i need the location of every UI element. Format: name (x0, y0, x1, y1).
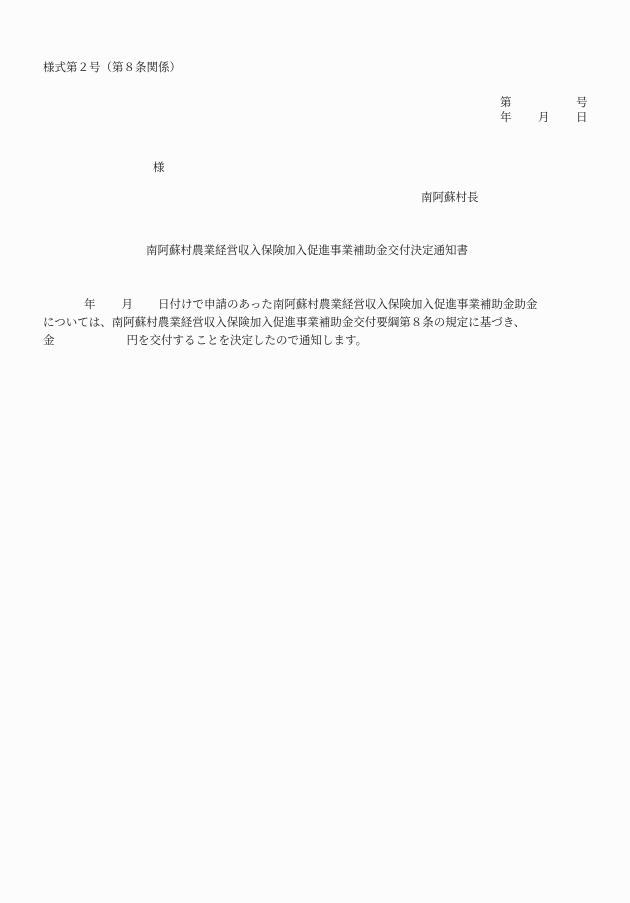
body-line-2: については、南阿蘇村農業経営収入保険加入促進事業補助金交付要綱第８条の規定に基づ… (43, 317, 525, 329)
application-year-label: 年 (84, 297, 96, 311)
issuer-name: 南阿蘇村長 (421, 192, 479, 204)
document-title: 南阿蘇村農業経営収入保険加入促進事業補助金交付決定通知書 (146, 245, 468, 257)
date-month-label: 月 (538, 112, 550, 124)
body-line-3: 金円を交付することを決定したので通知します。 (43, 335, 367, 347)
body-line-1: 年月日付けで申請のあった南阿蘇村農業経営収入保険加入促進事業補助金助金 (43, 299, 537, 311)
addressee-honorific: 様 (153, 162, 165, 174)
date-year-label: 年 (500, 112, 512, 124)
date-day-label: 日 (576, 112, 588, 124)
document-number-suffix: 号 (576, 97, 588, 109)
amount-suffix-text: 円を交付することを決定したので通知します。 (127, 333, 368, 347)
amount-prefix: 金 (43, 333, 55, 347)
body-line-1-text: 日付けで申請のあった南阿蘇村農業経営収入保険加入促進事業補助金助金 (158, 297, 537, 311)
application-month-label: 月 (122, 297, 134, 311)
document-number-prefix: 第 (500, 97, 512, 109)
form-number: 様式第２号（第８条関係） (43, 62, 181, 74)
